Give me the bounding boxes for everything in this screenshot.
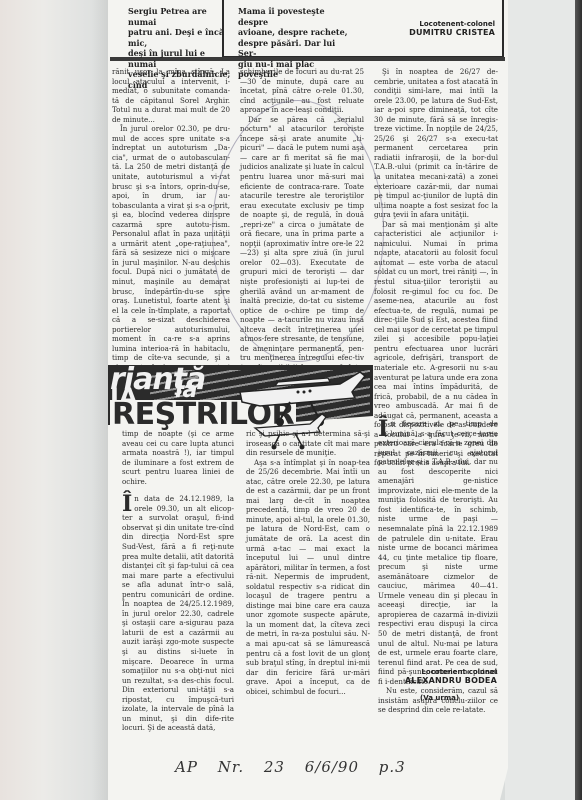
quote-line: despre păsări. Dar lui Ser-	[238, 38, 348, 59]
byline-name: ALEXANDRU BODEA	[385, 676, 497, 685]
footer-byline: Locotenent-colonel ALEXANDRU BODEA	[385, 668, 497, 685]
paragraph: n data de 24.12.1989, la orele 09.30, un…	[122, 494, 234, 732]
quote-line: Sergiu Petrea are numai	[128, 6, 232, 27]
article-column-1-bottom: timp de noapte (şi ce arme aveau cei cu …	[122, 429, 234, 733]
scan-background-right	[505, 0, 575, 800]
top-byline: Locotenent-colonel DUMITRU CRISTEA	[385, 20, 495, 37]
paragraph: timp de noapte (şi ce arme aveau cei cu …	[122, 429, 234, 486]
scan-background-left	[0, 0, 108, 800]
paragraph: rănit uşor la mîna stîngă. La locul atac…	[112, 67, 230, 124]
drop-cap: Î	[378, 420, 388, 438]
paragraph: Aşa s-a întîmplat şi în noap-tea de 25/2…	[246, 458, 370, 697]
paragraph: n fiecare zi, pe timp de lumină, s-a făc…	[378, 419, 498, 686]
byline-name: DUMITRU CRISTEA	[385, 28, 495, 37]
quote-line: deşi în jurul lui e numai	[128, 48, 232, 69]
scanner-edge	[575, 0, 582, 800]
quote-line: Mama îi povesteşte despre	[238, 6, 348, 27]
quote-line: avioane, despre rachete,	[238, 27, 348, 38]
paragraph: Şi în noaptea de 26/27 de-cembrie, unita…	[374, 67, 498, 220]
quote-line: patru ani. Deşi e încă mic,	[128, 27, 232, 48]
article-column-2-bottom: ric şi psihic şi a-l determina să-şi iro…	[246, 429, 370, 696]
pencil-mark	[212, 100, 384, 362]
paragraph: ric şi psihic şi a-l determina să-şi iro…	[246, 429, 370, 458]
byline-rank: Locotenent-colonel	[385, 668, 497, 676]
handwritten-archive-note: AP Nr. 23 6/6/90 p.3	[175, 758, 406, 776]
byline-rank: Locotenent-colonel	[385, 20, 495, 28]
article-column-3-top: Şi în noaptea de 26/27 de-cembrie, unita…	[374, 67, 498, 468]
drop-cap: Î	[122, 495, 132, 513]
continued-note: (Va urma)	[420, 694, 459, 702]
